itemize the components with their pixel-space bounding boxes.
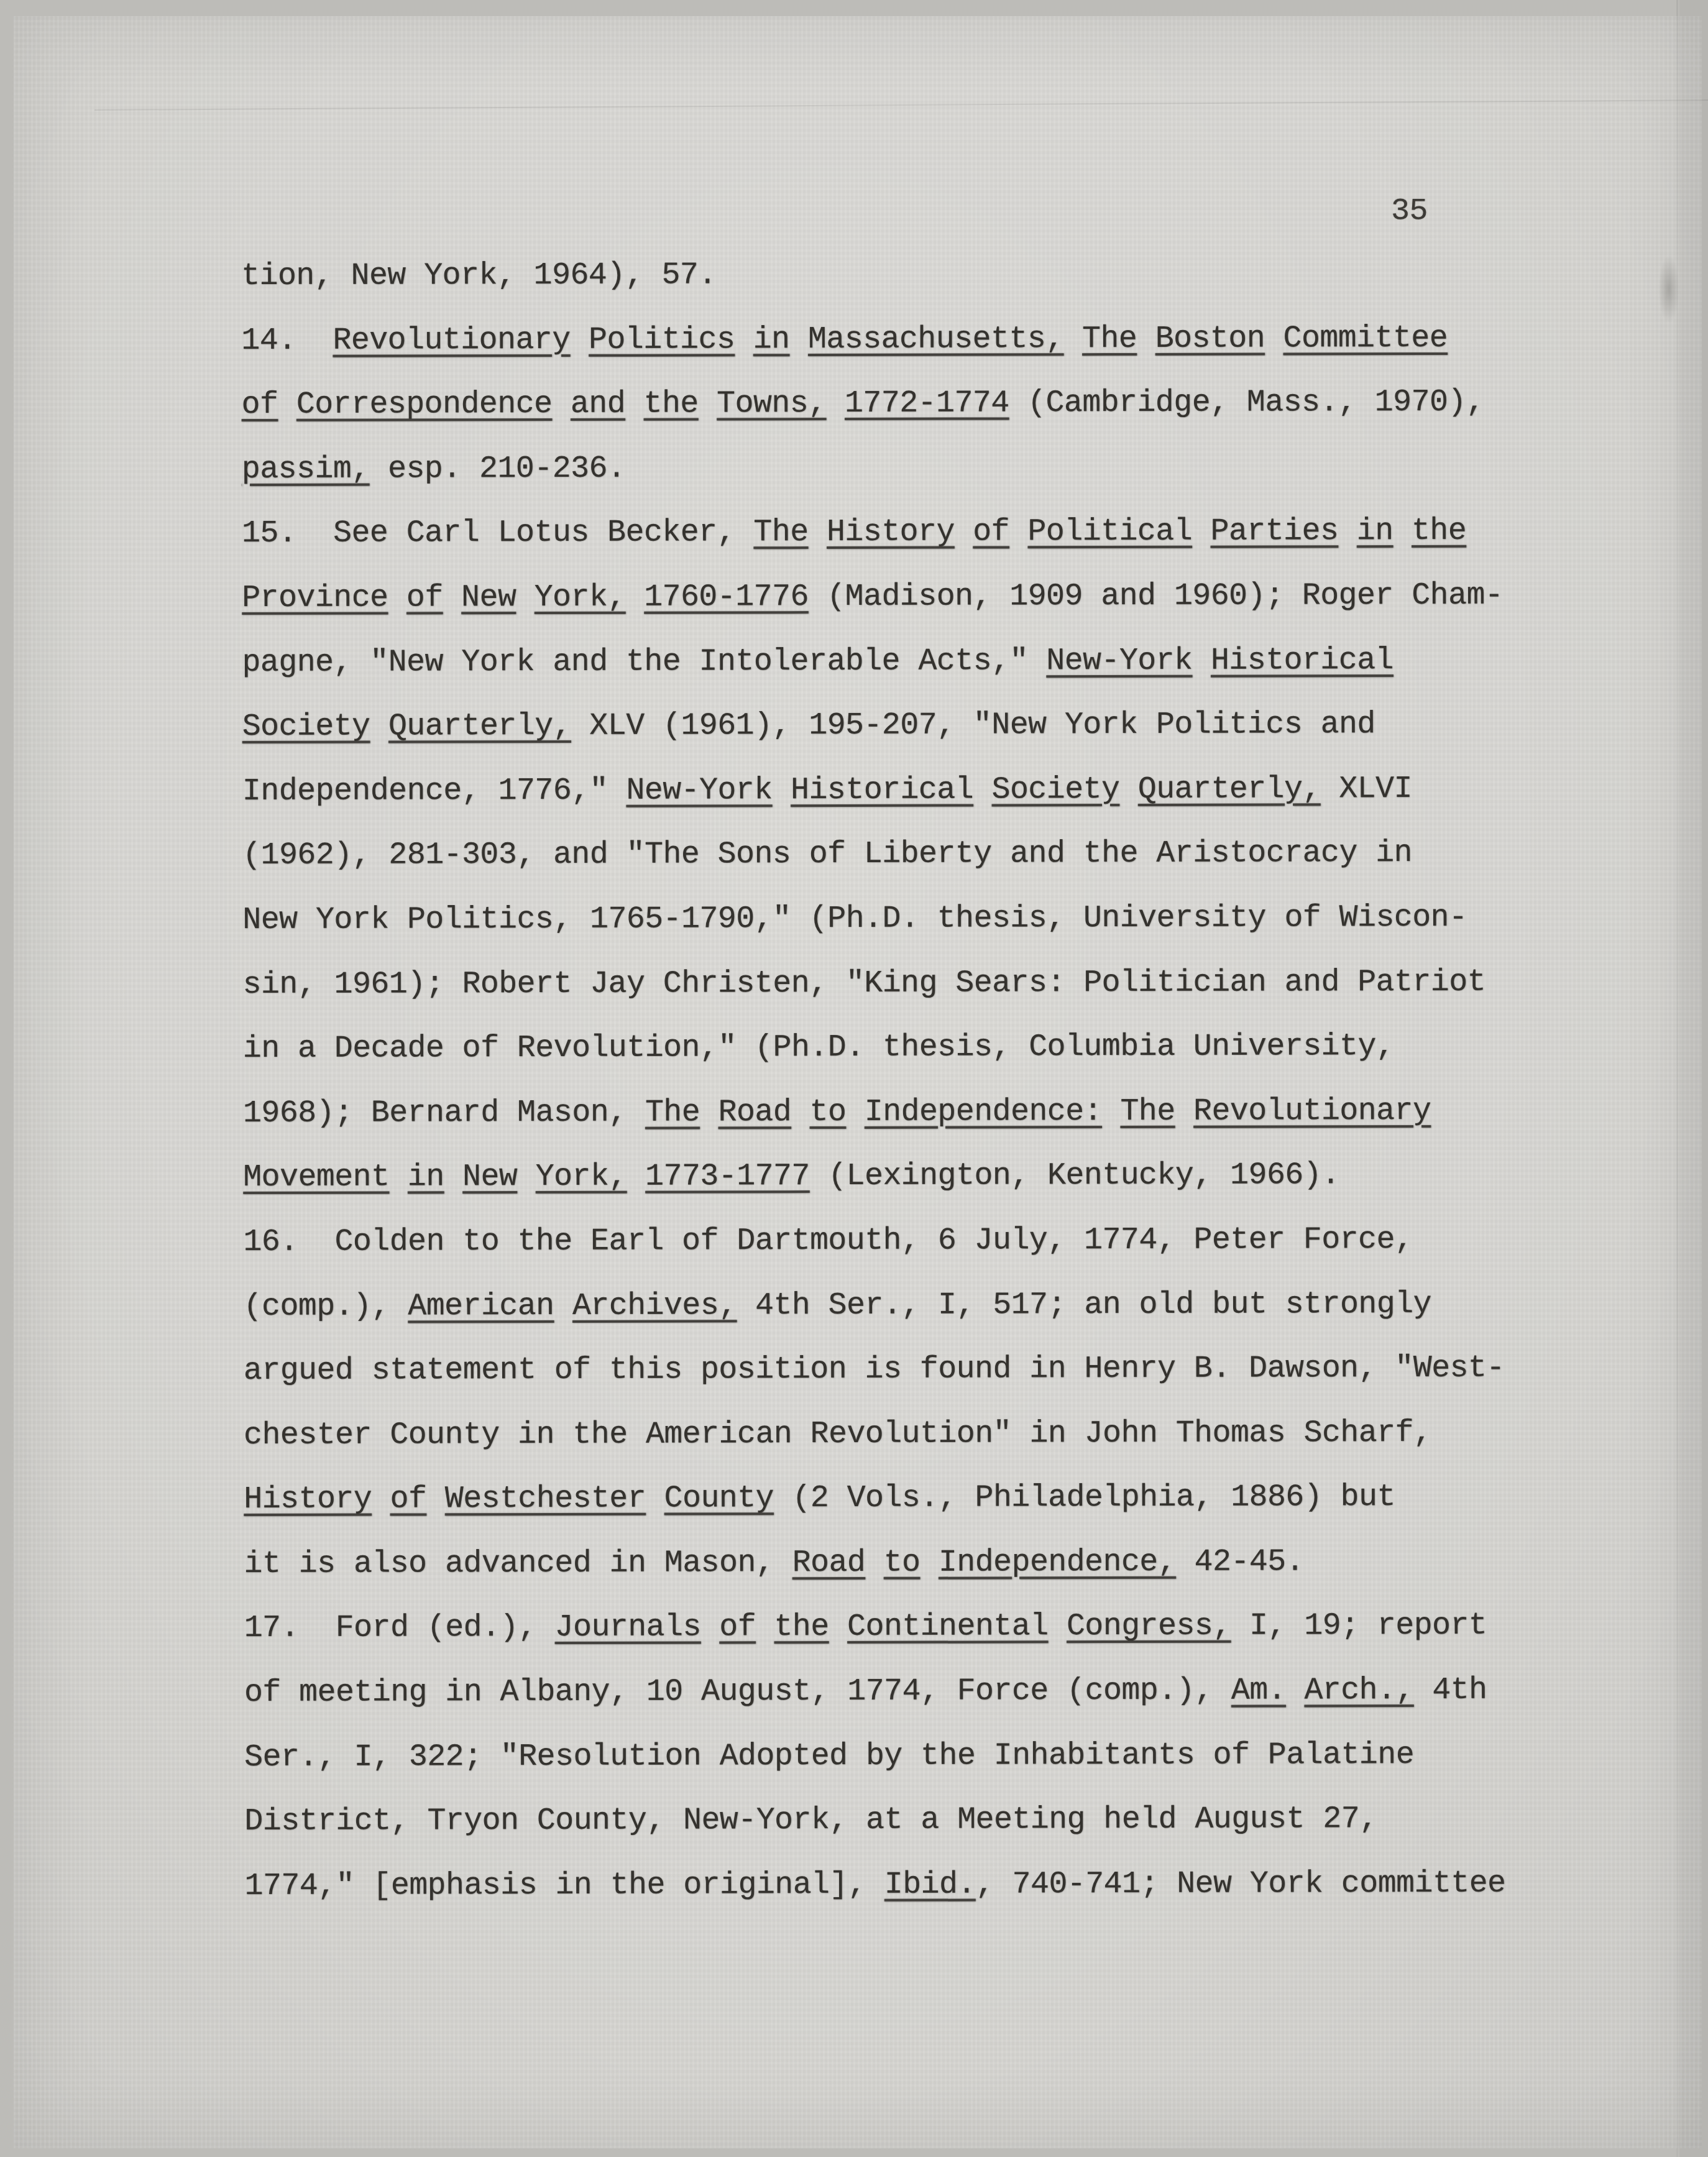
underlined-text: Political (1027, 514, 1192, 550)
underlined-text: Committee (1283, 321, 1448, 357)
scan-right-band (1679, 0, 1708, 2157)
underlined-text: 1760-1776 (644, 579, 809, 615)
underlined-text: History (827, 515, 955, 550)
underlined-text: Quarterly, (388, 709, 571, 745)
underlined-text: Province (242, 580, 388, 615)
text-line: 17. Ford (ed.), Journals of the Continen… (244, 1594, 1550, 1661)
text-line: of meeting in Albany, 10 August, 1774, F… (244, 1658, 1550, 1726)
text-line: 1968); Bernard Mason, The Road to Indepe… (243, 1078, 1548, 1146)
underlined-text: History (244, 1482, 372, 1517)
underlined-text: Politics (589, 322, 735, 357)
underlined-text: of (406, 580, 443, 615)
text-line: chester County in the American Revolutio… (244, 1400, 1549, 1468)
text-line: (comp.), American Archives, 4th Ser., I,… (243, 1272, 1548, 1339)
underlined-text: Revolutionary (1193, 1093, 1431, 1129)
underlined-text: New (461, 580, 516, 615)
text-line: it is also advanced in Mason, Road to In… (244, 1529, 1549, 1596)
underlined-text: York, (535, 580, 626, 615)
underlined-text: of (719, 1610, 756, 1645)
underlined-text: 1772-1774 (845, 386, 1009, 422)
underlined-text: The (753, 515, 808, 550)
underlined-text: New-York (1046, 643, 1192, 678)
underlined-text: Historical (791, 772, 973, 808)
underlined-text: passim, (242, 451, 370, 487)
text-line: Ser., I, 322; "Resolution Adopted by the… (244, 1722, 1550, 1790)
underlined-text: York, (536, 1159, 627, 1195)
underlined-text: Archives, (572, 1288, 737, 1324)
underlined-text: Parties (1210, 514, 1338, 550)
underlined-text: The (645, 1095, 700, 1130)
text-line: 16. Colden to the Earl of Dartmouth, 6 J… (243, 1208, 1548, 1275)
underlined-text: of (241, 387, 278, 423)
text-line: 14. Revolutionary Politics in Massachuse… (241, 306, 1546, 373)
text-line: passim, esp. 210-236. (242, 435, 1547, 502)
underlined-text: 1773-1777 (645, 1159, 810, 1195)
underlined-text: American (408, 1288, 554, 1323)
underlined-text: New (462, 1159, 517, 1195)
text-line: Province of New York, 1760-1776 (Madison… (242, 564, 1547, 631)
page-text: tion, New York, 1964), 57.14. Revolution… (241, 242, 1550, 1919)
text-line: (1962), 281-303, and "The Sons of Libert… (242, 821, 1548, 888)
underlined-text: Historical (1211, 643, 1393, 679)
underlined-text: Road (718, 1095, 791, 1130)
underlined-text: and (571, 387, 625, 422)
underlined-text: in (753, 322, 790, 357)
underlined-text: Arch., (1304, 1673, 1414, 1708)
underlined-text: Society (242, 709, 370, 745)
underlined-text: Independence, (939, 1545, 1176, 1581)
scan-smudge (1658, 255, 1679, 323)
underlined-text: Boston (1155, 321, 1265, 356)
underlined-text: Movement (243, 1160, 389, 1195)
underlined-text: Towns, (717, 386, 827, 421)
underlined-text: Quarterly, (1138, 771, 1321, 807)
text-line: in a Decade of Revolution," (Ph.D. thesi… (243, 1014, 1548, 1082)
underlined-text: in (1357, 513, 1393, 549)
text-line: Movement in New York, 1773-1777 (Lexingt… (243, 1143, 1548, 1210)
text-line: 15. See Carl Lotus Becker, The History o… (242, 499, 1547, 566)
text-line: pagne, "New York and the Intolerable Act… (242, 628, 1547, 695)
underlined-text: Revolutionary (333, 322, 570, 358)
text-line: New York Politics, 1765-1790," (Ph.D. th… (242, 886, 1548, 953)
text-line: 1774," [emphasis in the original], Ibid.… (244, 1851, 1550, 1918)
underlined-text: Independence: (865, 1094, 1102, 1130)
underlined-text: The (1082, 321, 1137, 357)
underlined-text: Society (991, 772, 1119, 807)
text-line: Society Quarterly, XLV (1961), 195-207, … (242, 692, 1548, 760)
underlined-text: Massachusetts, (808, 321, 1064, 357)
underlined-text: County (664, 1481, 774, 1516)
text-line: History of Westchester County (2 Vols., … (244, 1465, 1549, 1532)
underlined-text: the (774, 1609, 829, 1645)
underlined-text: Congress, (1067, 1609, 1231, 1645)
scan-crease (1676, 0, 1678, 2157)
text-line: District, Tryon County, New-York, at a M… (244, 1787, 1550, 1854)
underlined-text: The (1120, 1094, 1175, 1129)
underlined-text: Ibid. (884, 1867, 976, 1902)
underlined-text: to (809, 1095, 846, 1130)
underlined-text: Correspondence (296, 387, 553, 423)
text-line: Independence, 1776," New-York Historical… (242, 757, 1548, 824)
underlined-text: Am. (1231, 1673, 1286, 1709)
underlined-text: the (1412, 513, 1466, 549)
text-line: sin, 1961); Robert Jay Christen, "King S… (242, 950, 1548, 1017)
underlined-text: of (390, 1482, 426, 1517)
text-line: argued statement of this position is fou… (244, 1336, 1549, 1404)
page-number: 35 (1391, 194, 1428, 229)
underlined-text: Journals (554, 1610, 700, 1645)
underlined-text: of (973, 515, 1009, 550)
underlined-text: the (643, 387, 698, 422)
underlined-text: Road (792, 1545, 866, 1581)
underlined-text: Westchester (445, 1481, 646, 1517)
underlined-text: to (884, 1545, 921, 1581)
page-top-edge (94, 99, 1708, 111)
underlined-text: in (408, 1160, 444, 1195)
text-line: of Correspondence and the Towns, 1772-17… (241, 370, 1546, 438)
underlined-text: Continental (847, 1609, 1049, 1645)
underlined-text: New-York (626, 773, 772, 808)
text-line: tion, New York, 1964), 57. (241, 242, 1546, 309)
